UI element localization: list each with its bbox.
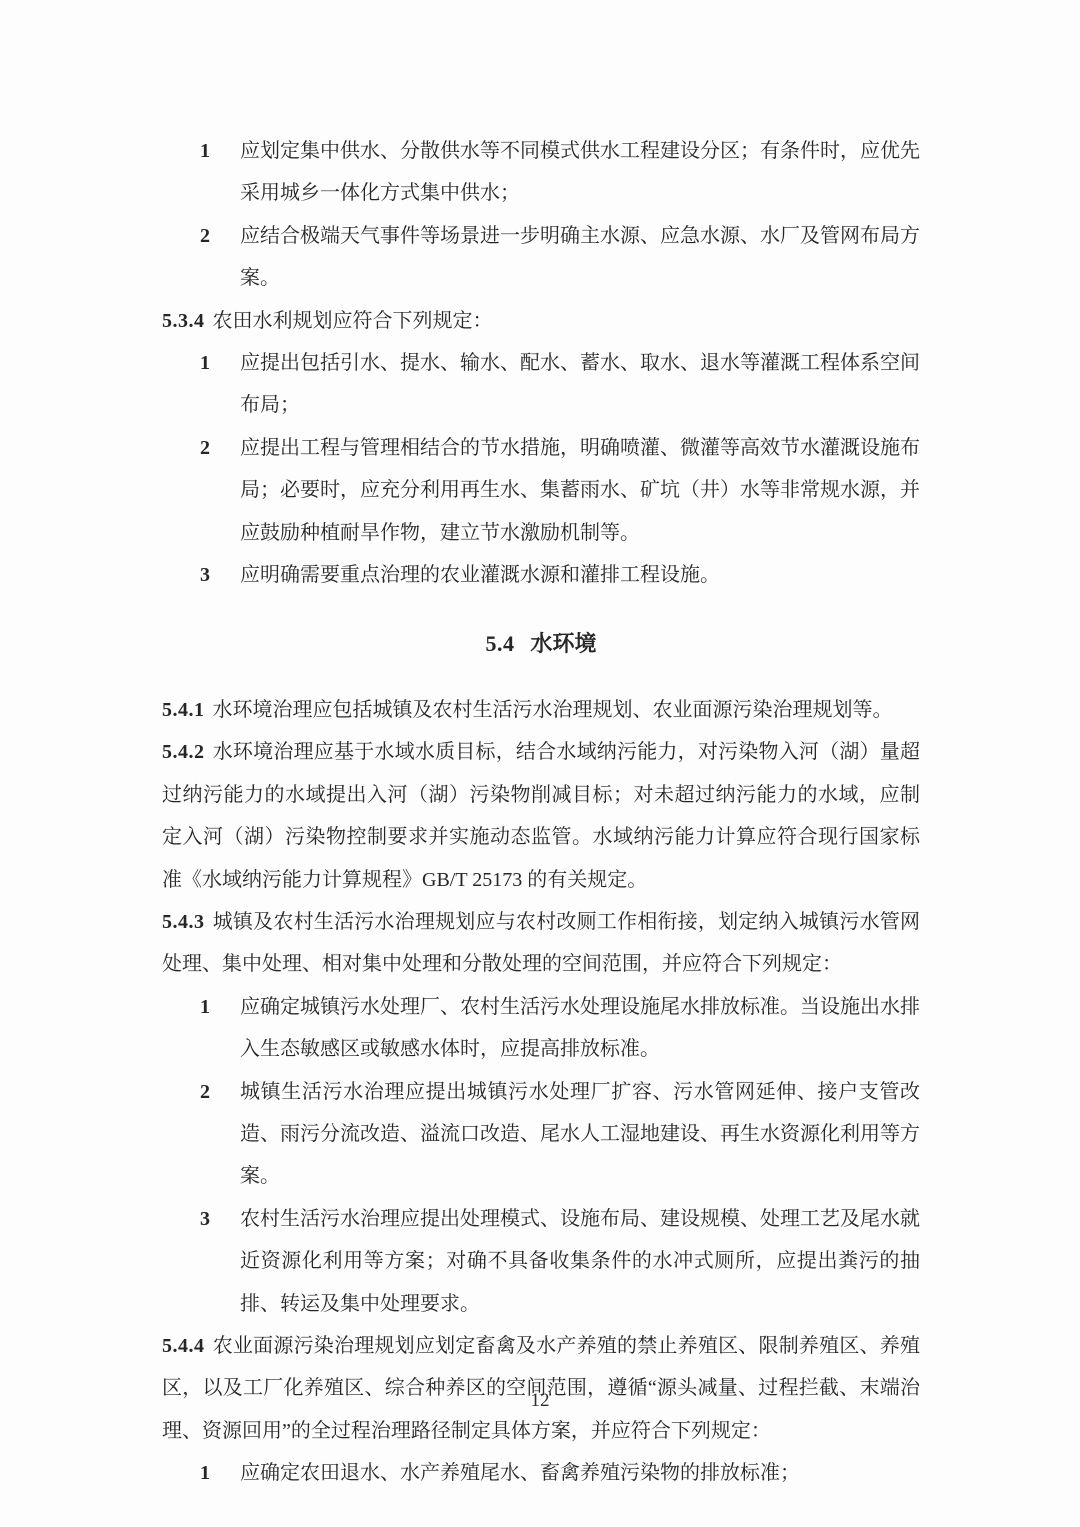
list-item: 3 应明确需要重点治理的农业灌溉水源和灌排工程设施。 bbox=[162, 554, 920, 596]
clause-text: 城镇及农村生活污水治理规划应与农村改厕工作相衔接，划定纳入城镇污水管网处理、集中… bbox=[162, 911, 920, 975]
item-number: 1 bbox=[200, 342, 210, 384]
item-text: 应提出包括引水、提水、输水、配水、蓄水、取水、退水等灌溉工程体系空间布局； bbox=[240, 352, 920, 416]
clause-number: 5.4.3 bbox=[162, 911, 213, 933]
page-number: 12 bbox=[0, 1390, 1080, 1412]
item-text: 城镇生活污水治理应提出城镇污水处理厂扩容、污水管网延伸、接户支管改造、雨污分流改… bbox=[240, 1081, 920, 1188]
item-number: 2 bbox=[200, 427, 210, 469]
list-item: 2 城镇生活污水治理应提出城镇污水处理厂扩容、污水管网延伸、接户支管改造、雨污分… bbox=[162, 1071, 920, 1198]
clause: 5.4.3城镇及农村生活污水治理规划应与农村改厕工作相衔接，划定纳入城镇污水管网… bbox=[162, 901, 920, 986]
clause-number: 5.3.4 bbox=[162, 310, 213, 332]
list-item: 1 应划定集中供水、分散供水等不同模式供水工程建设分区；有条件时，应优先采用城乡… bbox=[162, 130, 920, 215]
clause: 5.3.4农田水利规划应符合下列规定： bbox=[162, 300, 920, 342]
item-text: 农村生活污水治理应提出处理模式、设施布局、建设规模、处理工艺及尾水就近资源化利用… bbox=[240, 1208, 920, 1315]
item-number: 1 bbox=[200, 130, 210, 172]
clause-text: 农田水利规划应符合下列规定： bbox=[213, 310, 493, 332]
item-text: 应确定城镇污水处理厂、农村生活污水处理设施尾水排放标准。当设施出水排入生态敏感区… bbox=[240, 996, 920, 1060]
clause-number: 5.4.1 bbox=[162, 699, 213, 721]
item-number: 3 bbox=[200, 554, 210, 596]
item-text: 应明确需要重点治理的农业灌溉水源和灌排工程设施。 bbox=[240, 564, 720, 586]
clause: 5.4.4农业面源污染治理规划应划定畜禽及水产养殖的禁止养殖区、限制养殖区、养殖… bbox=[162, 1325, 920, 1452]
document-page: 1 应划定集中供水、分散供水等不同模式供水工程建设分区；有条件时，应优先采用城乡… bbox=[0, 0, 1080, 1527]
list-item: 3 农村生活污水治理应提出处理模式、设施布局、建设规模、处理工艺及尾水就近资源化… bbox=[162, 1198, 920, 1325]
page-content: 1 应划定集中供水、分散供水等不同模式供水工程建设分区；有条件时，应优先采用城乡… bbox=[162, 130, 920, 1495]
section-heading: 5.4水环境 bbox=[162, 623, 920, 665]
item-number: 3 bbox=[200, 1198, 210, 1240]
clause-text: 水环境治理应包括城镇及农村生活污水治理规划、农业面源污染治理规划等。 bbox=[213, 699, 893, 721]
item-number: 2 bbox=[200, 215, 210, 257]
clause-text: 农业面源污染治理规划应划定畜禽及水产养殖的禁止养殖区、限制养殖区、养殖区，以及工… bbox=[162, 1335, 920, 1442]
item-text: 应结合极端天气事件等场景进一步明确主水源、应急水源、水厂及管网布局方案。 bbox=[240, 225, 920, 289]
list-item: 1 应确定城镇污水处理厂、农村生活污水处理设施尾水排放标准。当设施出水排入生态敏… bbox=[162, 986, 920, 1071]
clause: 5.4.2水环境治理应基于水域水质目标，结合水域纳污能力，对污染物入河（湖）量超… bbox=[162, 731, 920, 901]
list-item: 2 应提出工程与管理相结合的节水措施，明确喷灌、微灌等高效节水灌溉设施布局；必要… bbox=[162, 427, 920, 554]
heading-number: 5.4 bbox=[485, 631, 514, 656]
clause-number: 5.4.2 bbox=[162, 741, 213, 763]
list-item: 1 应确定农田退水、水产养殖尾水、畜禽养殖污染物的排放标准； bbox=[162, 1452, 920, 1494]
item-text: 应确定农田退水、水产养殖尾水、畜禽养殖污染物的排放标准； bbox=[240, 1462, 800, 1484]
item-text: 应划定集中供水、分散供水等不同模式供水工程建设分区；有条件时，应优先采用城乡一体… bbox=[240, 140, 920, 204]
item-text: 应提出工程与管理相结合的节水措施，明确喷灌、微灌等高效节水灌溉设施布局；必要时，… bbox=[240, 437, 920, 544]
clause-number: 5.4.4 bbox=[162, 1335, 213, 1357]
item-number: 1 bbox=[200, 1452, 210, 1494]
item-number: 1 bbox=[200, 986, 210, 1028]
clause-text: 水环境治理应基于水域水质目标，结合水域纳污能力，对污染物入河（湖）量超过纳污能力… bbox=[162, 741, 920, 890]
clause: 5.4.1水环境治理应包括城镇及农村生活污水治理规划、农业面源污染治理规划等。 bbox=[162, 689, 920, 731]
item-number: 2 bbox=[200, 1071, 210, 1113]
list-item: 1 应提出包括引水、提水、输水、配水、蓄水、取水、退水等灌溉工程体系空间布局； bbox=[162, 342, 920, 427]
list-item: 2 应结合极端天气事件等场景进一步明确主水源、应急水源、水厂及管网布局方案。 bbox=[162, 215, 920, 300]
heading-title: 水环境 bbox=[530, 631, 596, 656]
